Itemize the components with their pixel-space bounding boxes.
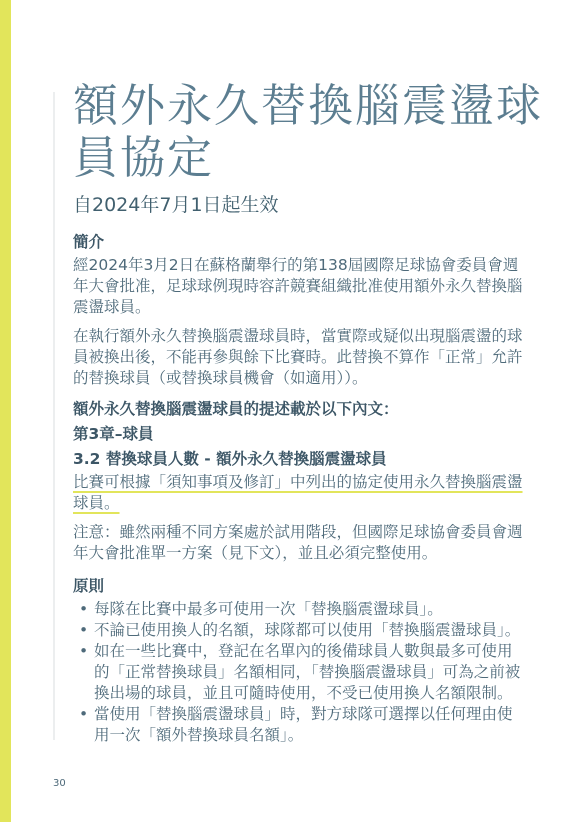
law-reference-heading: 額外永久替換腦震盪球員的提述載於以下內文： xyxy=(73,399,523,420)
list-item: •不論已使用換人的名額，球隊都可以使用「替換腦震盪球員」。 xyxy=(73,620,523,641)
principle-text: 每隊在比賽中最多可使用一次「替換腦震盪球員」。 xyxy=(94,600,443,618)
principles-heading: 原則 xyxy=(73,576,523,597)
page-title: 額外永久替換腦震盪球員協定 xyxy=(73,80,543,184)
principle-text: 不論已使用換人的名額，球隊都可以使用「替換腦震盪球員」。 xyxy=(94,621,520,639)
list-item: •如在一些比賽中，登記在名單內的後備球員人數與最多可使用的「正常替換球員」名額相… xyxy=(73,641,523,704)
section-heading: 3.2 替換球員人數 - 額外永久替換腦震盪球員 xyxy=(73,449,523,470)
bullet-icon: • xyxy=(79,599,88,620)
intro-paragraph-1: 經2024年3月2日在蘇格蘭舉行的第138屆國際足球協會委員會週年大會批准，足球… xyxy=(73,255,523,318)
document-body: 額外永久替換腦震盪球員協定 自2024年7月1日起生效 簡介 經2024年3月2… xyxy=(73,80,523,746)
protocol-link-paragraph[interactable]: 比賽可根據「須知事項及修訂」中列出的協定使用永久替換腦震盪球員。 xyxy=(73,472,523,514)
intro-heading: 簡介 xyxy=(73,232,523,253)
bullet-icon: • xyxy=(79,620,88,641)
bullet-icon: • xyxy=(79,704,88,725)
intro-paragraph-2: 在執行額外永久替換腦震盪球員時，當實際或疑似出現腦震盪的球員被換出後，不能再參與… xyxy=(73,326,523,389)
principle-text: 如在一些比賽中，登記在名單內的後備球員人數與最多可使用的「正常替換球員」名額相同… xyxy=(94,642,520,702)
bullet-icon: • xyxy=(79,641,88,662)
effective-date: 自2024年7月1日起生效 xyxy=(73,192,523,218)
accent-bar xyxy=(0,0,11,822)
list-item: •每隊在比賽中最多可使用一次「替換腦震盪球員」。 xyxy=(73,599,523,620)
list-item: •當使用「替換腦震盪球員」時，對方球隊可選擇以任何理由使用一次「額外替換球員名額… xyxy=(73,704,523,746)
principles-list: •每隊在比賽中最多可使用一次「替換腦震盪球員」。 •不論已使用換人的名額，球隊都… xyxy=(73,599,523,746)
principle-text: 當使用「替換腦震盪球員」時，對方球隊可選擇以任何理由使用一次「額外替換球員名額」… xyxy=(94,705,513,744)
chapter-heading: 第3章–球員 xyxy=(73,424,523,445)
vertical-rule xyxy=(53,92,55,740)
page-number: 30 xyxy=(53,778,66,789)
protocol-link[interactable]: 比賽可根據「須知事項及修訂」中列出的協定使用永久替換腦震盪球員。 xyxy=(73,473,523,512)
note-paragraph: 注意：雖然兩種不同方案處於試用階段，但國際足球協會委員會週年大會批准單一方案（見… xyxy=(73,522,523,564)
